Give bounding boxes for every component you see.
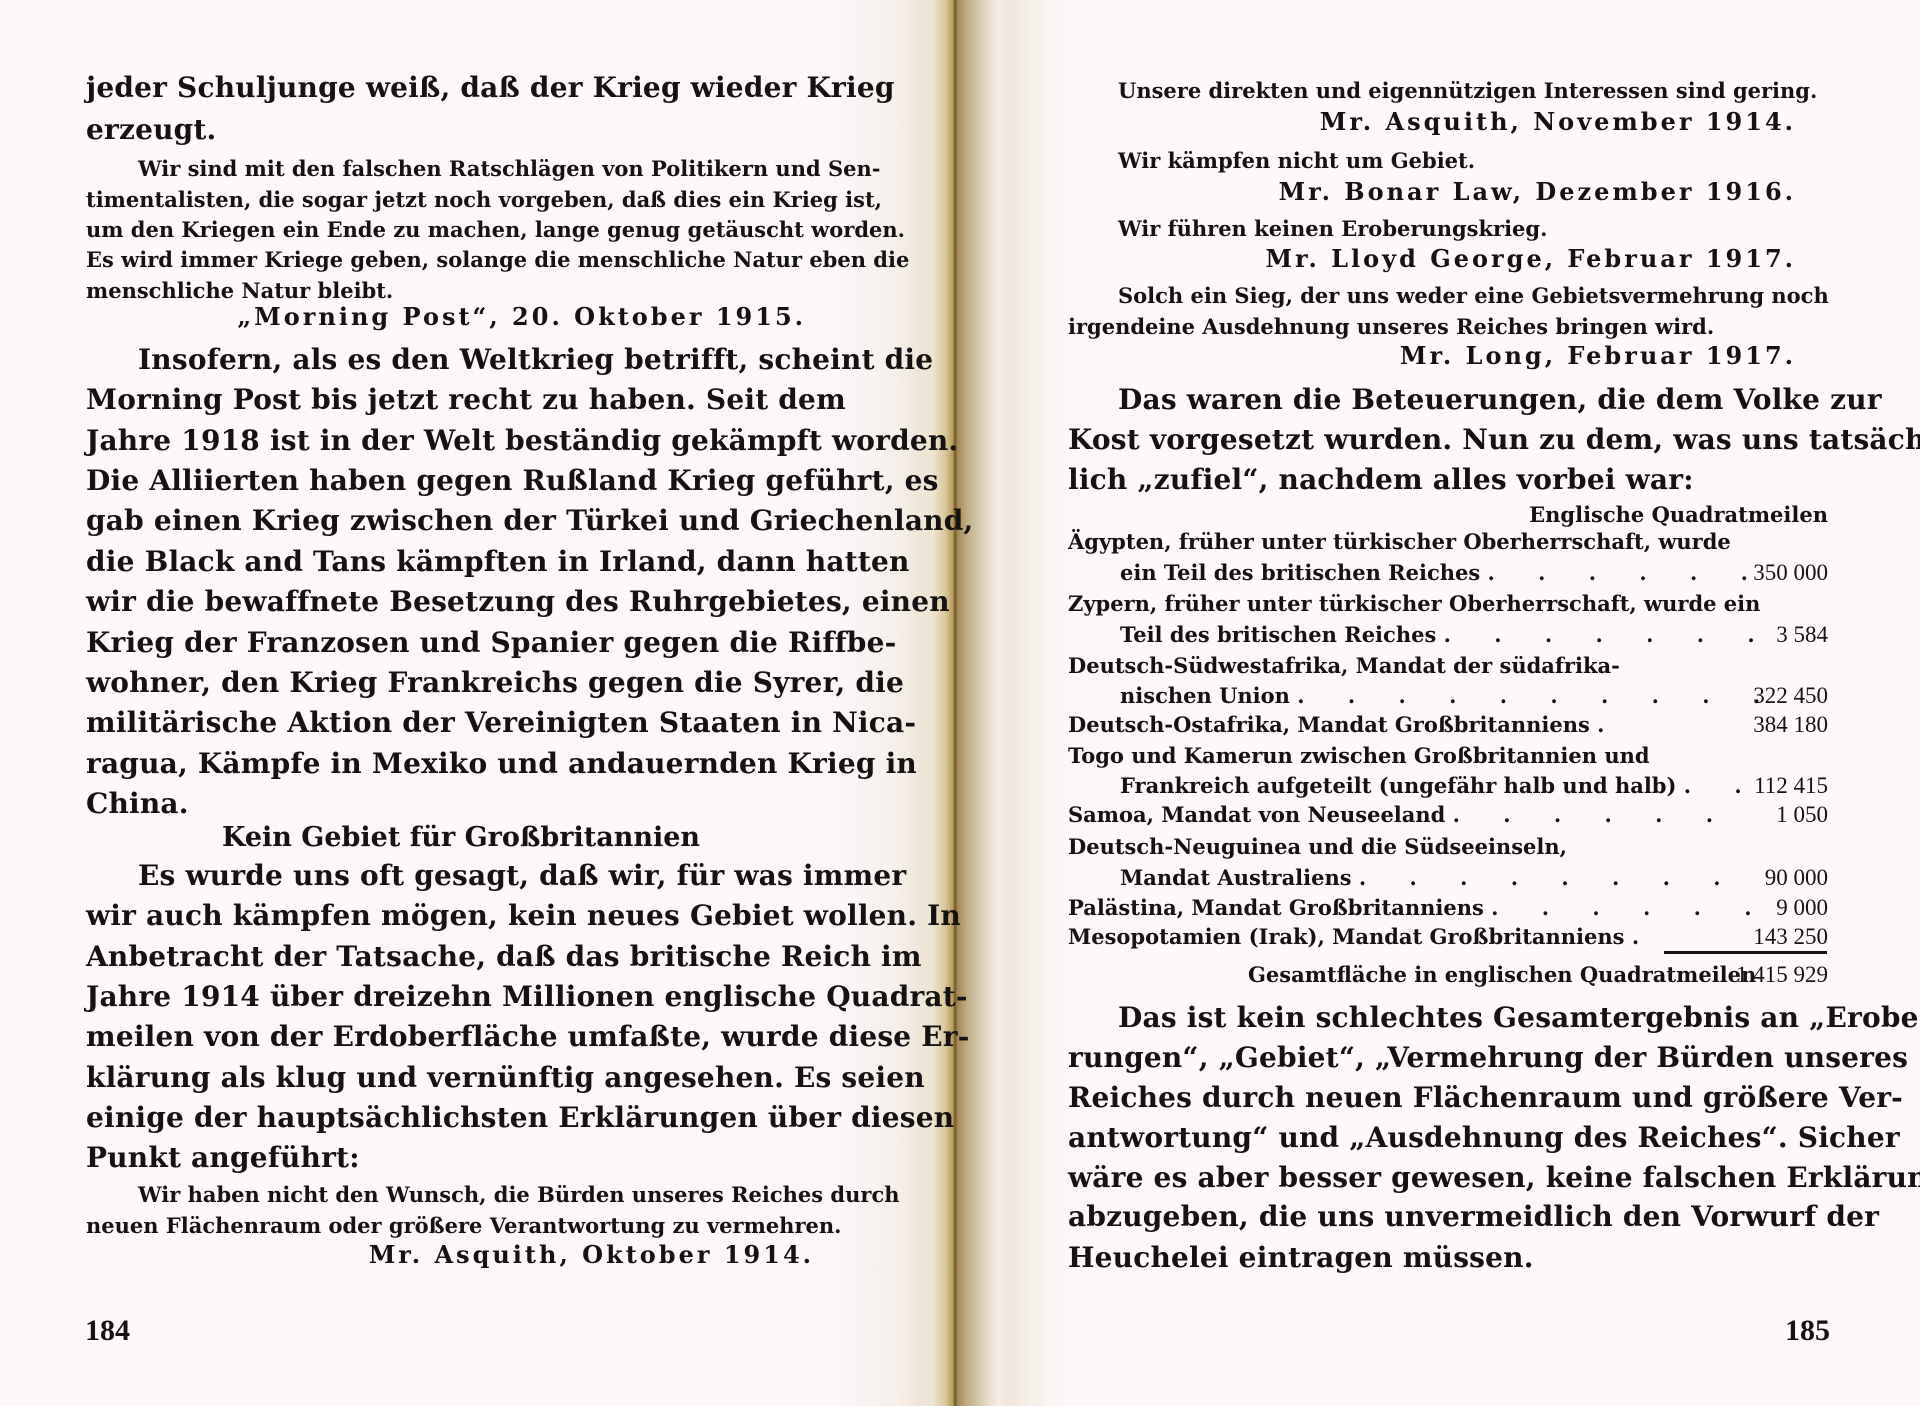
table-row: nischen Union . . . . . . . . . .322 450 <box>1068 684 1828 708</box>
quote-line: menschliche Natur bleibt. <box>86 280 393 301</box>
text-line: Punkt angeführt: <box>86 1144 360 1172</box>
quote-line: Unsere direkten und eigennützigen Intere… <box>1118 80 1817 101</box>
row-value: 384 180 <box>1753 713 1828 737</box>
row-label: ein Teil des britischen Reiches . . . . … <box>1120 561 1766 585</box>
table-row: Palästina, Mandat Großbritanniens . . . … <box>1068 896 1828 920</box>
table-row: ein Teil des britischen Reiches . . . . … <box>1068 561 1828 585</box>
text-line: erzeugt. <box>86 116 217 144</box>
table-row: Teil des britischen Reiches . . . . . . … <box>1068 623 1828 647</box>
row-value: 3 584 <box>1776 623 1828 647</box>
table-column-header: Englische Quadratmeilen <box>1068 504 1828 525</box>
row-label: Deutsch-Ostafrika, Mandat Großbritannien… <box>1068 713 1622 737</box>
text-line: wohner, den Krieg Frankreichs gegen die … <box>86 669 836 697</box>
text-line: ragua, Kämpfe in Mexiko und andauernden … <box>86 750 836 778</box>
section-heading: Kein Gebiet für Großbritannien <box>86 824 836 851</box>
row-label: Togo und Kamerun zwischen Großbritannien… <box>1068 744 1650 768</box>
table-total-row: Gesamtfläche in englischen Quadratmeilen… <box>1068 963 1828 987</box>
quote-line: Wir sind mit den falschen Ratschlägen vo… <box>138 158 836 179</box>
row-value: 9 000 <box>1776 896 1828 920</box>
row-value: 90 000 <box>1765 866 1828 890</box>
quote-line: Es wird immer Kriege geben, solange die … <box>86 249 836 270</box>
text-line: Jahre 1914 über dreizehn Millionen engli… <box>86 983 836 1011</box>
table-row: Deutsch-Neuguinea und die Südseeinseln, <box>1068 835 1828 859</box>
quote-line: Wir führen keinen Eroberungskrieg. <box>1118 218 1547 239</box>
text-line: Krieg der Franzosen und Spanier gegen di… <box>86 629 836 657</box>
text-line: wir die bewaffnete Besetzung des Ruhrgeb… <box>86 588 836 616</box>
text-line: die Black and Tans kämpften in Irland, d… <box>86 548 836 576</box>
table-row: Mandat Australiens . . . . . . . .90 000 <box>1068 866 1828 890</box>
table-row: Zypern, früher unter türkischer Oberherr… <box>1068 592 1828 616</box>
quote-line: Solch ein Sieg, der uns weder eine Gebie… <box>1118 285 1828 306</box>
row-value: 143 250 <box>1753 925 1828 949</box>
text-line: rungen“, „Gebiet“, „Vermehrung der Bürde… <box>1068 1044 1828 1072</box>
row-label: nischen Union . . . . . . . . . . <box>1120 684 1778 708</box>
row-value: 1 050 <box>1776 803 1828 827</box>
page-number-left: 184 <box>85 1316 130 1346</box>
quote-attribution: Mr. Long, Februar 1917. <box>1068 344 1796 368</box>
row-label: Mesopotamien (Irak), Mandat Großbritanni… <box>1068 925 1657 949</box>
sum-rule-divider <box>1664 951 1827 954</box>
text-line: jeder Schuljunge weiß, daß der Krieg wie… <box>86 74 836 102</box>
row-label: Samoa, Mandat von Neuseeland . . . . . . <box>1068 803 1731 827</box>
row-value: 112 415 <box>1754 774 1828 798</box>
row-label: Deutsch-Neuguinea und die Südseeinseln, <box>1068 835 1567 859</box>
row-label: Palästina, Mandat Großbritanniens . . . … <box>1068 896 1770 920</box>
text-line: Die Alliierten haben gegen Rußland Krieg… <box>86 467 836 495</box>
text-line: Das ist kein schlechtes Gesamtergebnis a… <box>1118 1004 1828 1032</box>
row-label: Mandat Australiens . . . . . . . . <box>1120 866 1739 890</box>
row-label: Deutsch-Südwestafrika, Mandat der südafr… <box>1068 654 1620 678</box>
table-row: Togo und Kamerun zwischen Großbritannien… <box>1068 744 1828 768</box>
text-line: Heuchelei eintragen müssen. <box>1068 1244 1534 1272</box>
total-value: 1 415 929 <box>1736 963 1828 987</box>
text-line: Reiches durch neuen Flächenraum und größ… <box>1068 1084 1828 1112</box>
quote-line: Wir haben nicht den Wunsch, die Bürden u… <box>138 1184 836 1205</box>
text-line: gab einen Krieg zwischen der Türkei und … <box>86 507 836 535</box>
row-label: Zypern, früher unter türkischer Oberherr… <box>1068 592 1760 616</box>
row-value: 350 000 <box>1753 561 1828 585</box>
text-line: wäre es aber besser gewesen, keine falsc… <box>1068 1164 1828 1192</box>
text-line: abzugeben, die uns unvermeidlich den Vor… <box>1068 1203 1828 1231</box>
table-row: Mesopotamien (Irak), Mandat Großbritanni… <box>1068 925 1828 949</box>
row-label: Frankreich aufgeteilt (ungefähr halb und… <box>1120 774 1760 798</box>
text-line: wir auch kämpfen mögen, kein neues Gebie… <box>86 902 836 930</box>
text-line: klärung als klug und vernünftig angesehe… <box>86 1064 836 1092</box>
row-label: Teil des britischen Reiches . . . . . . … <box>1120 623 1773 647</box>
text-line: Anbetracht der Tatsache, daß das britisc… <box>86 943 836 971</box>
quote-attribution: Mr. Bonar Law, Dezember 1916. <box>1068 180 1796 204</box>
quote-attribution: Mr. Asquith, Oktober 1914. <box>86 1243 814 1267</box>
text-line: Jahre 1918 ist in der Welt beständig gek… <box>86 427 836 455</box>
quote-line: um den Kriegen ein Ende zu machen, lange… <box>86 219 836 240</box>
quote-line: irgendeine Ausdehnung unseres Reiches br… <box>1068 316 1714 337</box>
table-row: Samoa, Mandat von Neuseeland . . . . . .… <box>1068 803 1828 827</box>
text-line: China. <box>86 790 189 818</box>
table-row: Deutsch-Südwestafrika, Mandat der südafr… <box>1068 654 1828 678</box>
quote-line: Wir kämpfen nicht um Gebiet. <box>1118 150 1475 171</box>
text-line: einige der hauptsächlichsten Erklärungen… <box>86 1104 836 1132</box>
book-spine-gutter <box>915 0 1010 1406</box>
table-row: Ägypten, früher unter türkischer Oberher… <box>1068 530 1828 554</box>
text-line: Das waren die Beteuerungen, die dem Volk… <box>1118 386 1828 414</box>
text-line: militärische Aktion der Vereinigten Staa… <box>86 709 836 737</box>
text-line: meilen von der Erdoberfläche umfaßte, wu… <box>86 1023 836 1051</box>
table-row: Frankreich aufgeteilt (ungefähr halb und… <box>1068 774 1828 798</box>
quote-attribution: „Morning Post“, 20. Oktober 1915. <box>86 305 806 329</box>
quote-line: timentalisten, die sogar jetzt noch vorg… <box>86 189 836 210</box>
row-label: Ägypten, früher unter türkischer Oberher… <box>1068 530 1731 554</box>
total-label: Gesamtfläche in englischen Quadratmeilen <box>1248 963 1756 987</box>
text-line: Insofern, als es den Weltkrieg betrifft,… <box>138 346 836 374</box>
row-value: 322 450 <box>1753 684 1828 708</box>
text-line: Morning Post bis jetzt recht zu haben. S… <box>86 386 836 414</box>
text-line: antwortung“ und „Ausdehnung des Reiches“… <box>1068 1124 1828 1152</box>
quote-attribution: Mr. Asquith, November 1914. <box>1068 110 1796 134</box>
quote-attribution: Mr. Lloyd George, Februar 1917. <box>1068 247 1796 271</box>
text-line: lich „zufiel“, nachdem alles vorbei war: <box>1068 466 1694 494</box>
table-row: Deutsch-Ostafrika, Mandat Großbritannien… <box>1068 713 1828 737</box>
page-number-right: 185 <box>1700 1316 1830 1346</box>
quote-line: neuen Flächenraum oder größere Verantwor… <box>86 1215 841 1236</box>
text-line: Es wurde uns oft gesagt, daß wir, für wa… <box>138 862 836 890</box>
text-line: Kost vorgesetzt wurden. Nun zu dem, was … <box>1068 426 1828 454</box>
